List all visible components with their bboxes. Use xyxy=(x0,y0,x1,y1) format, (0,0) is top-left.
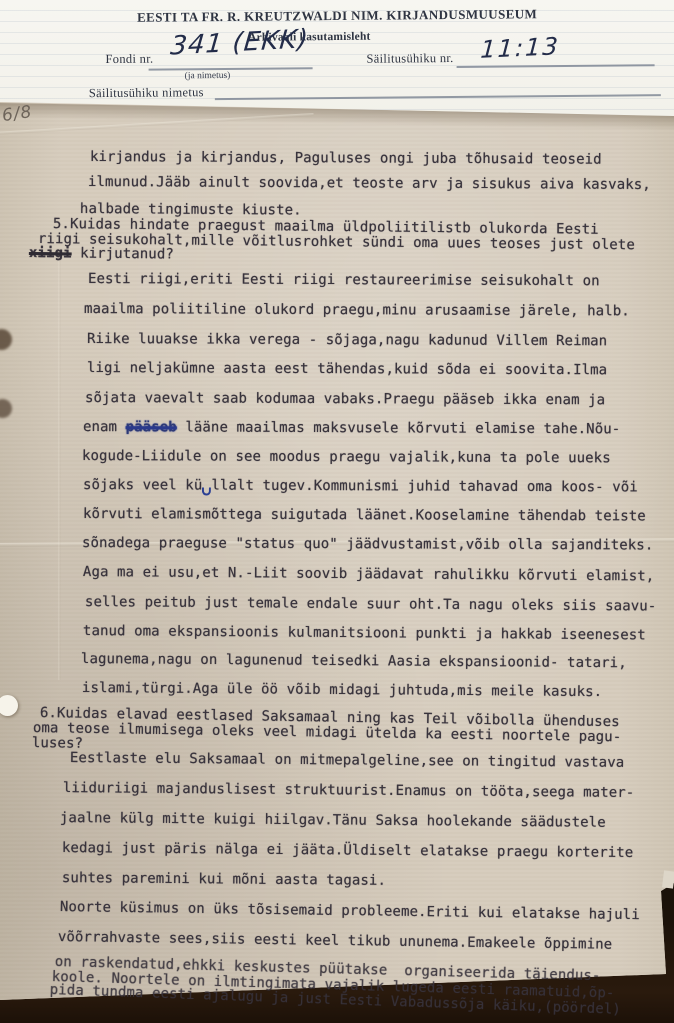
typed-text-segment: suhtes paremini kui mõni aasta tagasi. xyxy=(62,870,386,889)
typed-text-segment: Eesti riigi,eriti Eesti riigi restaureer… xyxy=(88,271,600,289)
unit-nr-handwritten-value: 11:13 xyxy=(480,32,561,63)
fondi-nr-note: (ja nimetus) xyxy=(185,71,231,81)
fondi-nr-label: Fondi nr. xyxy=(105,52,153,67)
typed-text-segment: enam xyxy=(83,419,126,435)
typed-text-segment: sõjata vaevalt saab kodumaa vabaks.Praeg… xyxy=(85,390,605,408)
typed-text-segment: kirjandus ja kirjandus, Paguluses ongi j… xyxy=(90,149,602,168)
typed-line: kirjandus ja kirjandus, Paguluses ongi j… xyxy=(90,150,602,168)
typed-line: Eesti riigi,eriti Eesti riigi restaureer… xyxy=(88,272,600,289)
typed-text-segment: ilmunud.Jääb ainult soovida,et teoste ar… xyxy=(88,174,651,193)
typed-text-segment: kõrvuti elamismõttega suigutada läänet.K… xyxy=(83,506,646,524)
typed-text-segment: kirjutanud? xyxy=(71,245,174,262)
unit-nr-underline xyxy=(457,64,655,67)
margin-note-pencil: 6/8 xyxy=(1,102,34,126)
archive-form-content: EESTI TA FR. R. KREUTZWALDI NIM. KIRJAND… xyxy=(0,0,674,121)
typed-line: enam pääseb lääne maailmas maksvusele kõ… xyxy=(83,420,620,437)
fondi-nr-handwritten-value: 341 (EKK) xyxy=(169,24,310,61)
typed-line: suhtes paremini kui mõni aasta tagasi. xyxy=(62,871,386,889)
typed-text-segment: lääne maailmas maksvusele kõrvuti elamis… xyxy=(177,419,621,437)
unit-name-underline xyxy=(215,94,661,99)
typed-text-segment: sõnadega praeguse "status quo" jäädvusta… xyxy=(82,535,654,553)
archive-form-sheet: EESTI TA FR. R. KREUTZWALDI NIM. KIRJAND… xyxy=(0,0,674,118)
typed-word-struck-out: xiigi xyxy=(29,245,72,261)
typed-text-segment: sõjaks veel kü xyxy=(83,477,202,494)
typed-line: kõrvuti elamismõttega suigutada läänet.K… xyxy=(83,507,646,524)
unit-name-label: Säilitusühiku nimetus xyxy=(89,85,204,101)
page-edge-sliver xyxy=(662,870,674,888)
typed-text-segment: maailma poliitiline olukord praegu,minu … xyxy=(84,301,630,319)
typed-text-segment: ligi neljakümne aasta eest tähendas,kuid… xyxy=(87,360,607,378)
fondi-nr-underline xyxy=(149,67,313,70)
typed-text-segment: llalt tugev.Kommunismi juhid tahavad oma… xyxy=(211,478,638,496)
typed-text-segment: Riike luuakse ikka verega - sõjaga,nagu … xyxy=(87,331,607,349)
typed-line: sõjaks veel küllalt tugev.Kommunismi juh… xyxy=(83,478,638,495)
paper-crease-vertical xyxy=(58,250,61,680)
typed-line: sõjata vaevalt saab kodumaa vabaks.Praeg… xyxy=(85,391,605,408)
typed-line: sõnadega praeguse "status quo" jäädvusta… xyxy=(82,536,653,553)
unit-nr-label: Säilitusühiku nr. xyxy=(366,51,453,67)
typed-word-struck-blue-ink: pääseb xyxy=(126,419,177,435)
typed-text-segment: kogude-Liidule on see moodus praegu vaja… xyxy=(82,448,611,466)
museum-title: EESTI TA FR. R. KREUTZWALDI NIM. KIRJAND… xyxy=(0,5,674,27)
typed-line: Riike luuakse ikka verega - sõjaga,nagu … xyxy=(87,332,607,349)
typed-line: maailma poliitiline olukord praegu,minu … xyxy=(84,302,630,319)
typed-line: xiigi kirjutanud? xyxy=(29,246,174,263)
photo-of-archive-document: { "colors": { "paper_form": "#f5f4ef", "… xyxy=(0,0,674,1023)
typed-line: kogude-Liidule on see moodus praegu vaja… xyxy=(82,449,611,466)
typed-line: ligi neljakümne aasta eest tähendas,kuid… xyxy=(87,361,607,378)
typed-line: ilmunud.Jääb ainult soovida,et teoste ar… xyxy=(88,175,651,193)
